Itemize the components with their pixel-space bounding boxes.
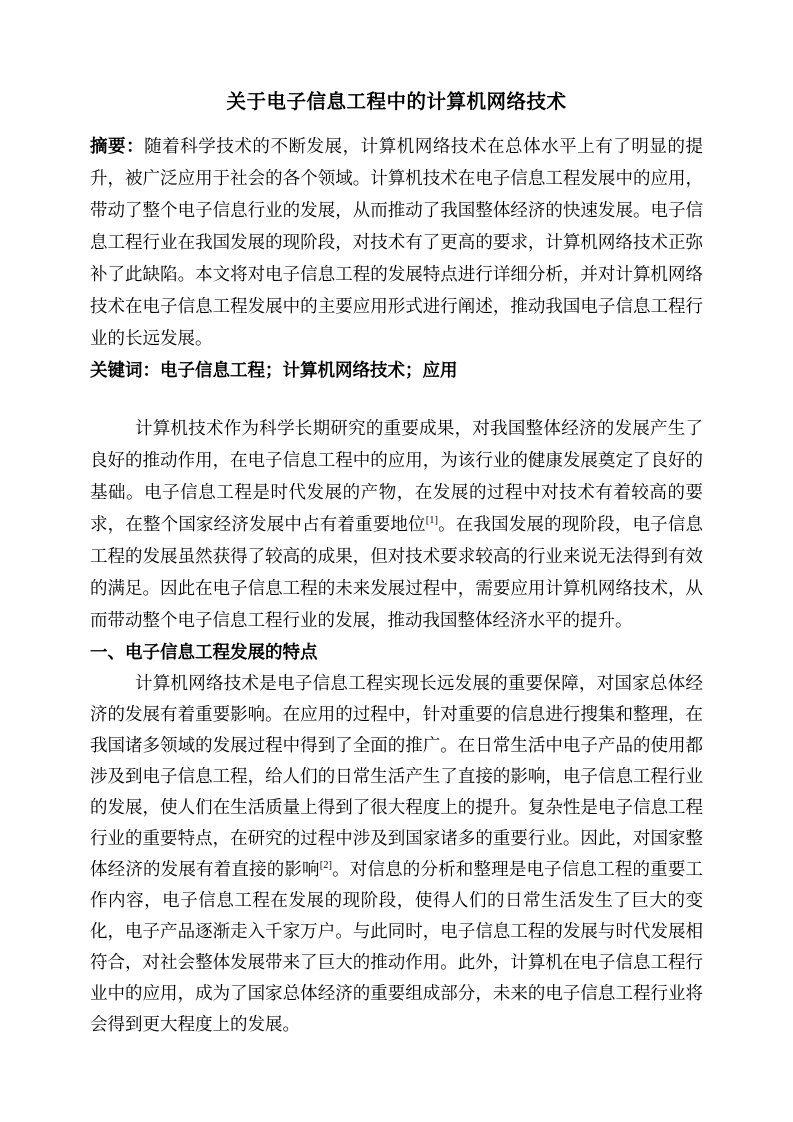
document-title: 关于电子信息工程中的计算机网络技术 <box>90 86 703 120</box>
keywords-line: 关键词：电子信息工程；计算机网络技术；应用 <box>90 354 703 386</box>
section-1-text-after-citation: 。对信息的分析和整理是电子信息工程的重要工作内容，电子信息工程在发展的现阶段，使… <box>90 859 703 1034</box>
abstract-text: 随着科学技术的不断发展，计算机网络技术在总体水平上有了明显的提升，被广泛应用于社… <box>90 136 703 348</box>
abstract-label: 摘要： <box>90 136 144 156</box>
intro-paragraph: 计算机技术作为科学长期研究的重要成果，对我国整体经济的发展产生了良好的推动作用，… <box>90 412 703 636</box>
citation-ref-2: [2] <box>320 860 332 871</box>
keywords-label: 关键词： <box>90 360 160 380</box>
citation-ref-1: [1] <box>426 515 438 526</box>
keywords-text: 电子信息工程；计算机网络技术；应用 <box>160 360 458 380</box>
section-1-heading: 一、电子信息工程发展的特点 <box>90 636 703 668</box>
section-1-text-before-citation: 计算机网络技术是电子信息工程实现长远发展的重要保障，对国家总体经济的发展有着重要… <box>90 673 703 879</box>
document-page: 关于电子信息工程中的计算机网络技术 摘要：随着科学技术的不断发展，计算机网络技术… <box>0 0 793 1122</box>
abstract-paragraph: 摘要：随着科学技术的不断发展，计算机网络技术在总体水平上有了明显的提升，被广泛应… <box>90 130 703 354</box>
section-1-paragraph: 计算机网络技术是电子信息工程实现长远发展的重要保障，对国家总体经济的发展有着重要… <box>90 668 703 1040</box>
